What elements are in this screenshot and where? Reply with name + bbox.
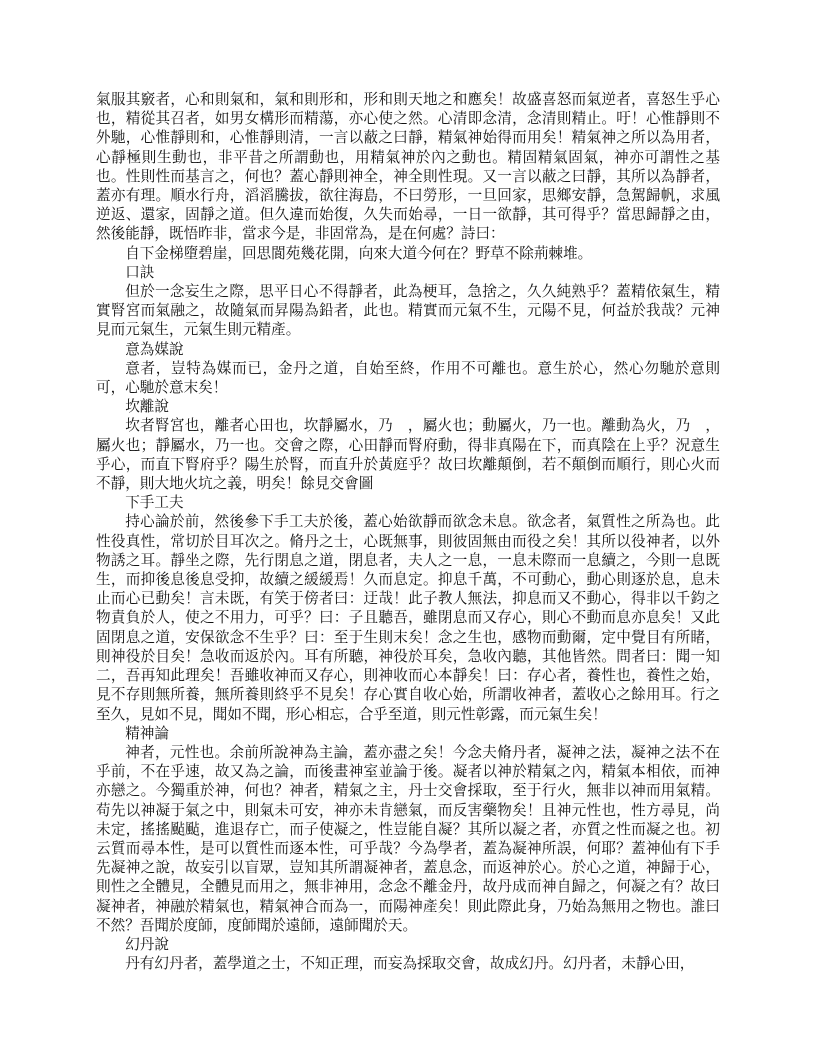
body-paragraph: 持心論於前，然後參下手工夫於後，蓋心始欲靜而欲念未息。欲念者，氣質性之所為也。此… (96, 512, 720, 723)
body-paragraph: 神者，元性也。余前所說神為主論，蓋亦盡之矣！今念夫脩丹者，凝神之法，凝神之法不在… (96, 743, 720, 935)
section-heading: 幻丹說 (96, 935, 720, 954)
body-paragraph: 氣服其竅者，心和則氣和，氣和則形和，形和則天地之和應矣！故盛喜怒而氣逆者，喜怒生… (96, 90, 720, 244)
section-heading: 精神論 (96, 724, 720, 743)
document-text-block: 氣服其竅者，心和則氣和，氣和則形和，形和則天地之和應矣！故盛喜怒而氣逆者，喜怒生… (96, 90, 720, 973)
section-yiweimeishuo: 意為媒說 意者，豈特為媒而已，金丹之道，自始至終，作用不可離也。意生於心，然心勿… (96, 340, 720, 398)
section-koujue: 口訣 但於一念妄生之際，思平日心不得靜者，此為梗耳，急捨之，久久純熟乎？蓋精依氣… (96, 263, 720, 340)
poem-line: 自下金梯墮碧崖，回思閬苑幾花開，向來大道今何在？野草不除荊棘堆。 (96, 244, 720, 263)
section-kanlishuo: 坎離說 坎者腎宮也，離者心田也，坎靜屬水，乃 ，屬火也；動屬火，乃一也。離動為火… (96, 397, 720, 493)
body-paragraph: 意者，豈特為媒而已，金丹之道，自始至終，作用不可離也。意生於心，然心勿馳於意則可… (96, 359, 720, 397)
body-paragraph: 丹有幻丹者，蓋學道之士，不知正理，而妄為採取交會，故成幻丹。幻丹者，未靜心田， (96, 954, 720, 973)
section-jingshenlun: 精神論 神者，元性也。余前所說神為主論，蓋亦盡之矣！今念夫脩丹者，凝神之法，凝神… (96, 724, 720, 935)
document-page: 氣服其竅者，心和則氣和，氣和則形和，形和則天地之和應矣！故盛喜怒而氣逆者，喜怒生… (0, 0, 816, 1056)
body-paragraph: 但於一念妄生之際，思平日心不得靜者，此為梗耳，急捨之，久久純熟乎？蓋精依氣生，精… (96, 282, 720, 340)
section-xiashougongfu: 下手工夫 持心論於前，然後參下手工夫於後，蓋心始欲靜而欲念未息。欲念者，氣質性之… (96, 493, 720, 723)
section-heading: 意為媒說 (96, 340, 720, 359)
section-heading: 坎離說 (96, 397, 720, 416)
section-heading: 口訣 (96, 263, 720, 282)
section-heading: 下手工夫 (96, 493, 720, 512)
section-huandanshuo: 幻丹說 丹有幻丹者，蓋學道之士，不知正理，而妄為採取交會，故成幻丹。幻丹者，未靜… (96, 935, 720, 973)
body-paragraph: 坎者腎宮也，離者心田也，坎靜屬水，乃 ，屬火也；動屬火，乃一也。離動為火，乃 ，… (96, 416, 720, 493)
